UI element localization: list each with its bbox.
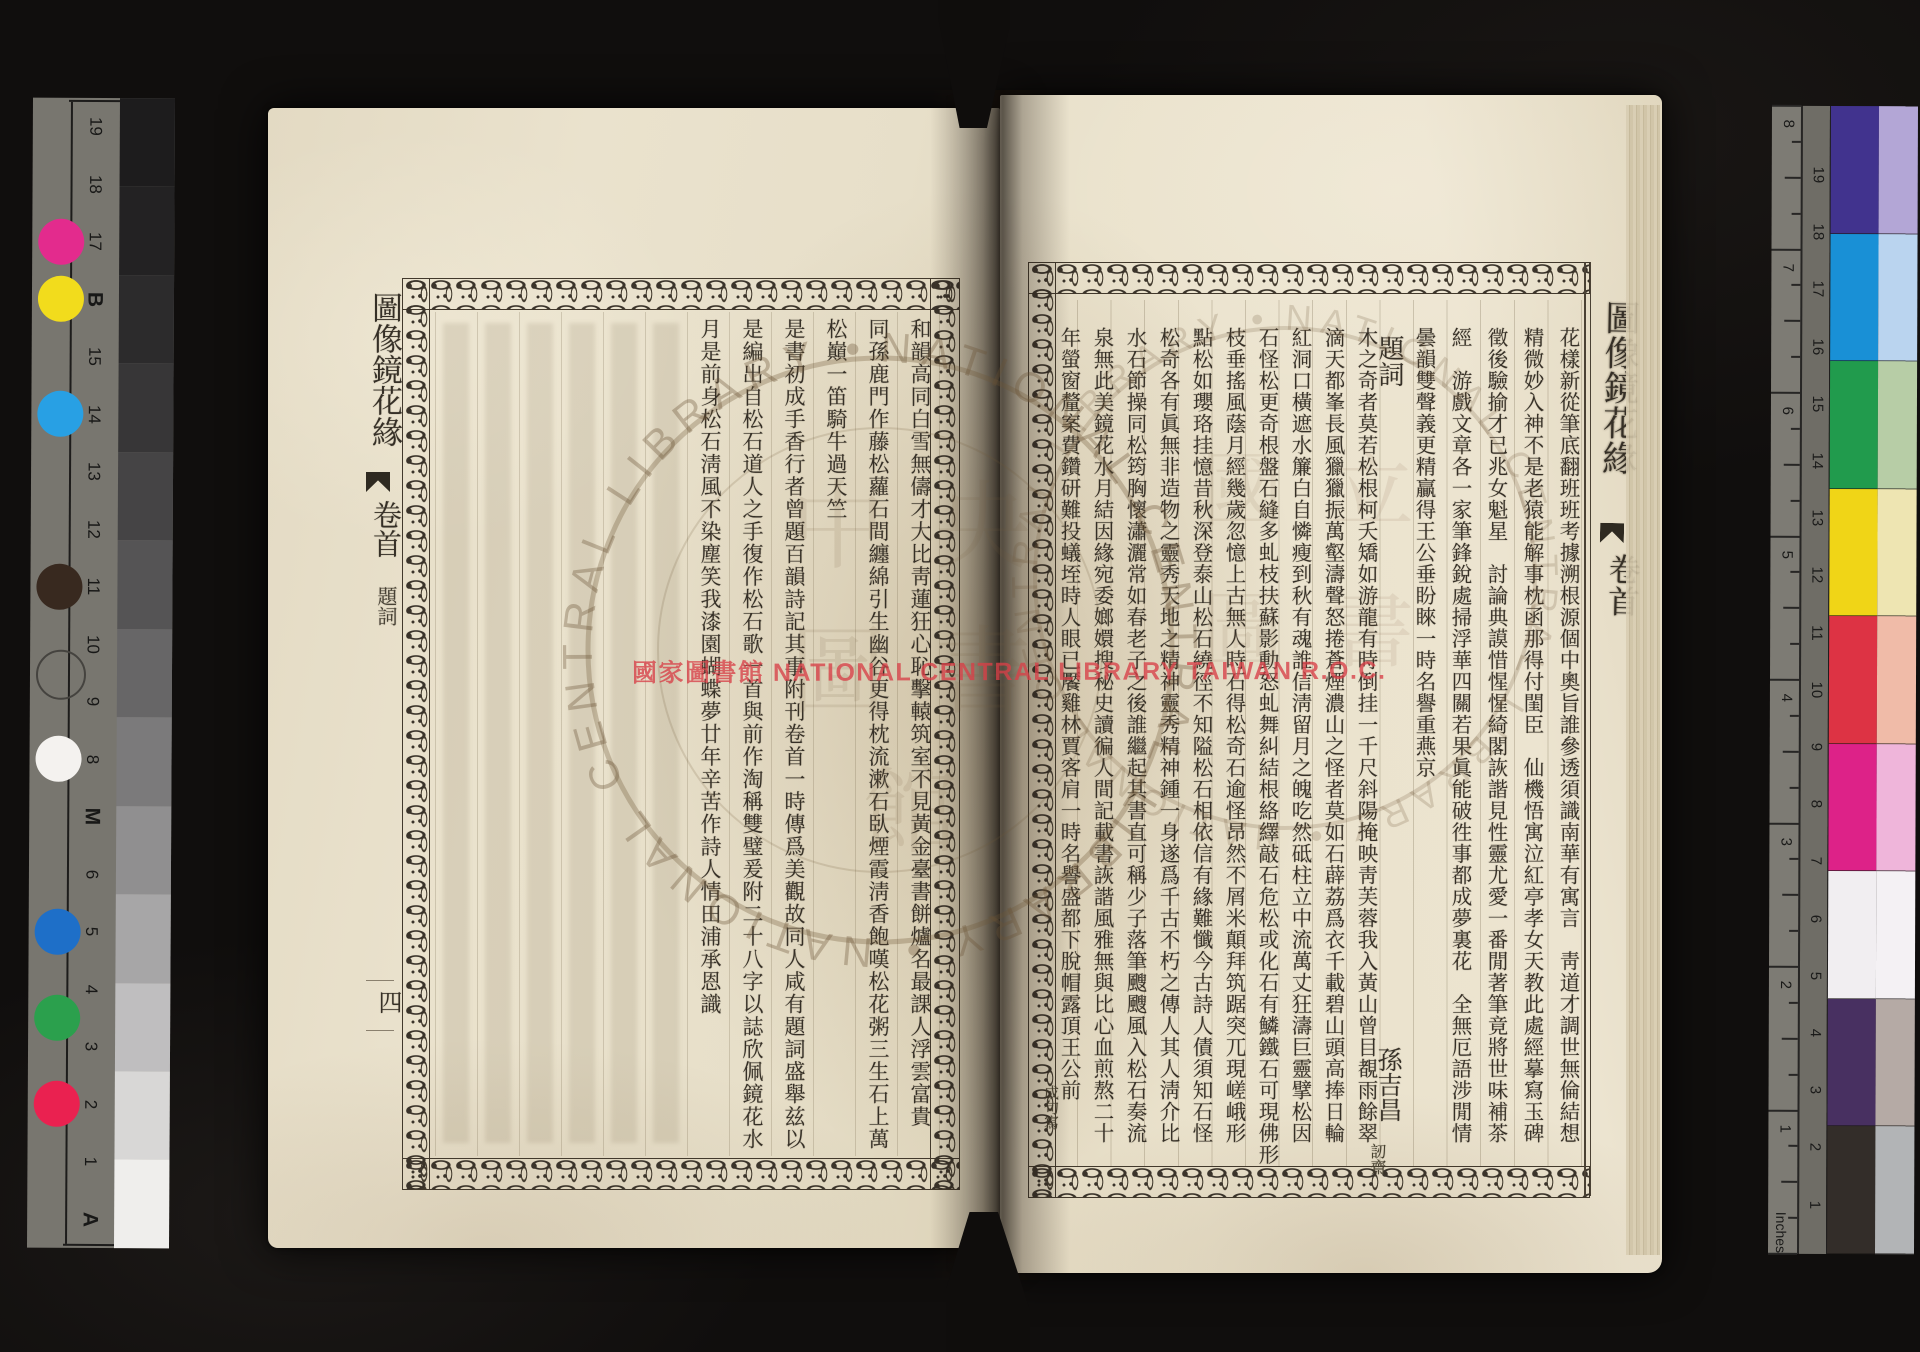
ruler-tick	[1791, 499, 1800, 501]
color-patch-strong-2	[1830, 234, 1878, 362]
color-patch-strong-9	[1827, 1126, 1875, 1254]
color-patch-pale-6	[1876, 744, 1915, 872]
saturated-patch-column	[1826, 106, 1879, 1254]
patch-number-9: 9	[1803, 735, 1825, 759]
color-patch-pale-7	[1876, 871, 1915, 999]
ruler-tick	[1784, 320, 1800, 322]
ruler-tick	[1790, 571, 1799, 573]
left-frame-left-border	[402, 278, 430, 1190]
right-text-column-9: 石怪松更奇根盤石縫多虬枝扶蘇影動怒虬舞糾結根絡繹敲石危松或化石有鱗鐵石可現佛形	[1249, 327, 1283, 1165]
patch-number-2: 2	[1801, 1135, 1823, 1159]
color-patch-strong-4	[1829, 489, 1877, 617]
left-calibration-bar: 191817B15141312111098M654321A	[27, 98, 175, 1249]
left-bar-label-13: 13	[65, 448, 122, 494]
right-text-column-7: 滴天都峯長風獵獵振萬壑濤聲怒捲蒼煙濃山之怪者莫如石薜荔爲衣千載碧山頭高捧日輪	[1315, 327, 1349, 1165]
calibration-end-line-top	[69, 100, 121, 102]
ruler-tick	[1789, 930, 1798, 932]
ruler-tick	[1770, 535, 1799, 537]
grayscale-step-7	[117, 629, 172, 718]
color-patch-strong-1	[1831, 106, 1879, 234]
red-library-watermark: 國家圖書館 NATIONAL CENTRAL LIBRARY TAIWAN R.…	[632, 651, 1387, 690]
page-number-rule-bottom	[366, 1030, 394, 1031]
patch-number-6: 6	[1802, 906, 1824, 930]
ruler-tick	[1792, 212, 1801, 214]
grayscale-step-12	[114, 1071, 169, 1160]
left-bar-label-A: A	[62, 1196, 119, 1242]
right-text-column-2: 精微妙入神不是老猿能解事枕函那得付閨臣 仙機悟寓泣紅亭孝女天教此處經摹寫玉碑	[1514, 327, 1548, 1165]
ruler-tick	[1771, 248, 1800, 250]
left-bar-label-15: 15	[66, 333, 123, 379]
inch-label-6: 6	[1772, 399, 1796, 423]
left-bar-label-B: B	[66, 276, 123, 322]
ruler-tick	[1782, 1038, 1798, 1040]
left-bar-label-10: 10	[65, 621, 122, 667]
ruler-tick	[1791, 356, 1800, 358]
grayscale-step-1	[120, 98, 175, 187]
left-margin-book-title: 圖像鏡花緣	[364, 292, 404, 464]
inch-label-4: 4	[1771, 686, 1795, 710]
ruler-tick	[1790, 786, 1799, 788]
color-patch-strong-5	[1829, 616, 1877, 744]
ruler-tick	[1789, 858, 1798, 860]
right-frame-bottom-border	[1028, 1166, 1590, 1198]
grayscale-step-11	[115, 983, 170, 1072]
left-margin-subsection: 題詞	[372, 586, 398, 638]
patch-number-5: 5	[1802, 964, 1824, 988]
inch-label-3: 3	[1770, 829, 1794, 853]
color-patch-pale-1	[1879, 106, 1918, 234]
ruler-tick	[1783, 751, 1799, 753]
fore-edge-page-stack	[1626, 105, 1660, 1255]
left-text-column-2: 同孫鹿門作藤松蘿石間纏綿引生幽谷更得枕流漱石臥煙霞淸香飽嘆松花粥三生石上萬	[858, 318, 898, 1156]
show-through-ghost-text	[443, 323, 693, 1143]
ruler-tick	[1770, 679, 1799, 681]
ruler-tick	[1768, 1253, 1797, 1255]
right-frame-right-rule	[1584, 262, 1591, 1196]
patch-number-12: 12	[1803, 563, 1825, 587]
right-text-column-6: 木之奇者莫若松根柯夭矯如游龍有時倒挂一千尺斜陽掩映靑芙蓉我入黃山曾目覩雨餘翠	[1348, 327, 1382, 1165]
scanned-book-photograph: 圖像鏡花緣 卷首 題詞 四 和韻高同白雪無儔才大比靑蓮狂心恥擊轅筑室不見黃金臺書…	[0, 0, 1920, 1352]
fishtail-mark-right	[1600, 523, 1624, 543]
patch-number-17: 17	[1804, 277, 1826, 301]
left-bar-label-18: 18	[67, 161, 124, 207]
grayscale-step-2	[119, 187, 174, 276]
ruler-tick	[1785, 177, 1801, 179]
ruler-tick	[1790, 715, 1799, 717]
ruler-tick	[1781, 1181, 1797, 1183]
calibration-end-line-bottom	[63, 1244, 115, 1246]
left-bar-label-8: 8	[64, 736, 121, 782]
inch-label-8: 8	[1773, 112, 1797, 136]
right-text-column-13: 水石節操同松筠胸懷瀟灑常如春老子之後誰繼起其書直可稱少子落筆颼颼風入松石奏流	[1117, 327, 1151, 1165]
ruler-tick	[1791, 284, 1800, 286]
patch-number-7: 7	[1802, 849, 1824, 873]
ruler-tick	[1789, 1002, 1798, 1004]
patch-number-10: 10	[1803, 678, 1825, 702]
ruler-tick	[1788, 1145, 1797, 1147]
left-bar-label-12: 12	[65, 506, 122, 552]
color-patch-pale-3	[1878, 361, 1917, 489]
color-patch-strong-7	[1828, 871, 1876, 999]
page-number-rule-top	[366, 980, 394, 981]
right-text-column-5: 曇韻雙聲義更精贏得王公垂盼睞一時名譽重燕京	[1406, 327, 1440, 1165]
patch-number-16: 16	[1804, 334, 1826, 358]
patch-number-14: 14	[1804, 449, 1826, 473]
left-frame-top-border	[402, 278, 960, 310]
grayscale-step-9	[116, 806, 171, 895]
pale-patch-column	[1875, 106, 1918, 1254]
left-bar-label-2: 2	[62, 1081, 119, 1127]
right-text-column-1: 花樣新從筆底翻班班考據溯根源個中奧旨誰參透須識南華有寓言 靑道才調世無倫結想	[1550, 327, 1584, 1165]
ruler-tick	[1769, 822, 1798, 824]
patch-number-3: 3	[1802, 1078, 1824, 1102]
ruler-tick	[1782, 894, 1798, 896]
grayscale-step-8	[116, 717, 171, 806]
color-patch-pale-2	[1878, 234, 1917, 362]
color-patch-strong-8	[1827, 999, 1875, 1127]
color-patch-pale-5	[1877, 616, 1916, 744]
ruler-tick	[1791, 428, 1800, 430]
grayscale-step-10	[115, 894, 170, 983]
left-margin-section: 卷首	[367, 500, 403, 578]
inch-label-2: 2	[1770, 973, 1794, 997]
grayscale-step-strip	[114, 98, 175, 1248]
grayscale-step-3	[119, 275, 174, 364]
ruler-tick	[1771, 392, 1800, 394]
patch-number-18: 18	[1805, 220, 1827, 244]
left-bar-label-6: 6	[63, 851, 120, 897]
patch-number-11: 11	[1803, 620, 1825, 644]
right-text-column-4: 經 游戲文章各一家筆鋒銳處掃浮華四關若果眞能破徃事都成夢裏花 全無厄語涉閒情	[1442, 327, 1476, 1165]
ruler-tick	[1772, 105, 1801, 107]
inch-label-5: 5	[1771, 542, 1795, 566]
left-text-column-3: 松巔一笛騎牛過天竺	[816, 318, 856, 1156]
ruler-tick	[1789, 1073, 1798, 1075]
ruler-tick	[1790, 643, 1799, 645]
right-calibration-bar: 87654321 Inches 191817161514131211109876…	[1768, 106, 1918, 1255]
color-patch-strong-3	[1830, 361, 1878, 489]
left-frame-bottom-border	[402, 1158, 960, 1190]
right-text-column-12: 松奇各有眞無非造物之靈秀天地之精神靈秀精神鍾一身遂爲千古不朽之傳人其人淸介比	[1150, 327, 1184, 1165]
right-text-column-11: 點松如瓔珞挂憶昔秋深登泰山松石繞徑不知隘松石相依信有緣難懺今古詩人債須知石怪	[1183, 327, 1217, 1165]
right-text-column-10: 枝垂搖風蔭月經幾歲忽憶上古無人時石得松奇石逾怪昂然不屑米顛拜筑踞突兀現嵯峨形	[1216, 327, 1250, 1165]
grayscale-step-5	[118, 452, 173, 541]
ruler-tick	[1783, 607, 1799, 609]
left-text-column-6: 月是前身松石淸風不染塵笑我漆園蝴蝶夢廿年辛苦作詩人情田浦承恩識	[690, 318, 730, 1156]
left-bar-label-1: 1	[62, 1138, 119, 1184]
left-bar-label-9: 9	[64, 678, 121, 724]
ruler-tick	[1792, 141, 1801, 143]
left-bar-label-17: 17	[67, 218, 124, 264]
left-text-column-5: 是編出自松石道人之手復作松石歌一首與前作淘稱雙璧爰附二十八字以誌欣佩鏡花水	[732, 318, 772, 1156]
left-bar-label-14: 14	[66, 391, 123, 437]
color-patch-pale-4	[1877, 489, 1916, 617]
left-text-column-4: 是書初成手香行者曾題百韻詩記其事附刊卷首一時傳爲美觀故同人咸有題詞盛舉兹以	[774, 318, 814, 1156]
fishtail-mark-left	[366, 472, 390, 492]
patch-number-15: 15	[1804, 392, 1826, 416]
patch-number-1: 1	[1801, 1192, 1823, 1216]
left-bar-label-4: 4	[63, 966, 120, 1012]
grayscale-step-6	[117, 540, 172, 629]
patch-number-4: 4	[1802, 1021, 1824, 1045]
inch-label-7: 7	[1772, 255, 1796, 279]
color-patch-pale-9	[1875, 1126, 1914, 1254]
left-bar-label-5: 5	[63, 908, 120, 954]
patch-number-19: 19	[1805, 163, 1827, 187]
right-text-column-14: 泉無此美鏡花水月結因緣宛委嫏嬛搜秘史讀徧人間記載書詼諧風雅無與比心血煎熬二十	[1084, 327, 1118, 1165]
right-frame-top-border	[1028, 262, 1590, 294]
page-number: 四	[370, 990, 405, 1024]
color-patch-pale-8	[1875, 999, 1914, 1127]
grayscale-step-13	[114, 1160, 169, 1249]
patch-number-8: 8	[1803, 792, 1825, 816]
color-patch-strong-6	[1828, 744, 1876, 872]
left-bar-label-11: 11	[65, 563, 122, 609]
ruler-tick	[1784, 464, 1800, 466]
patch-number-13: 13	[1804, 506, 1826, 530]
right-text-column-8: 紅洞口橫遮水簾白自憐瘦到秋有魂誰信淸留月之魄吃然砥柱立中流萬丈狂濤巨靈擘松因	[1282, 327, 1316, 1165]
grayscale-step-4	[118, 363, 173, 452]
ruler-tick	[1768, 1109, 1797, 1111]
inch-label-1: 1	[1769, 1116, 1793, 1140]
left-bar-label-3: 3	[62, 1023, 119, 1069]
left-bar-label-M: M	[64, 793, 121, 839]
left-bar-label-19: 19	[67, 103, 124, 149]
ruler-tick	[1769, 966, 1798, 968]
right-text-column-3: 徵後驗揄才已兆女魁星 討論典謨惜惺惺綺閣詼諧見性靈尤愛一番閒著筆竟將世味補茶	[1478, 327, 1512, 1165]
